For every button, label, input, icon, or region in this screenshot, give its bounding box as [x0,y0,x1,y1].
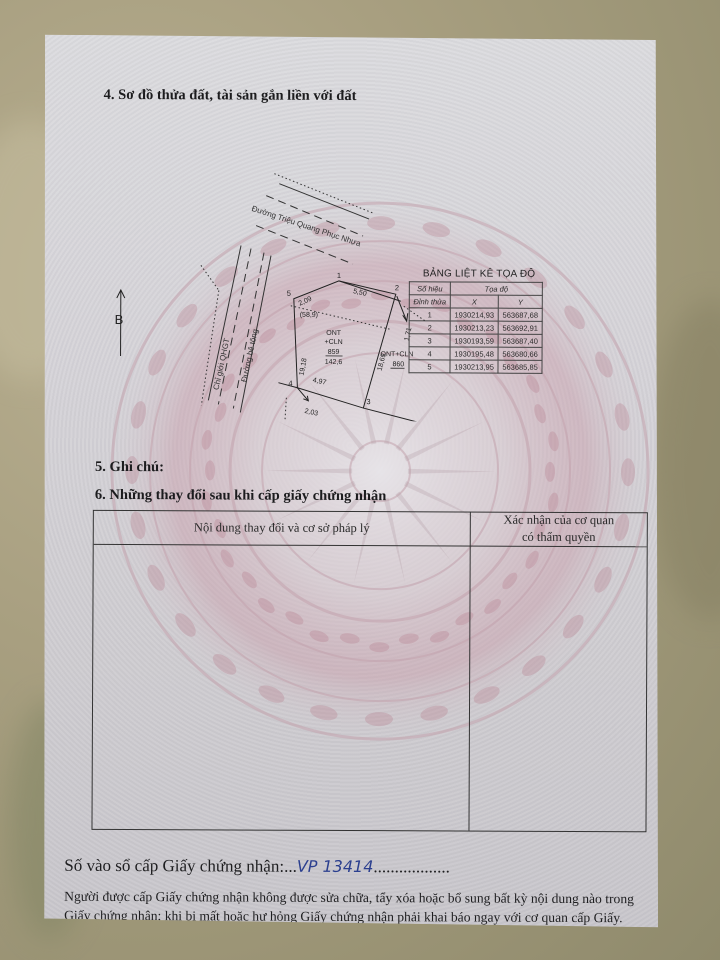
table-row: 2 1930213,23 563692,91 [409,321,542,335]
registry-label: Số vào sổ cấp Giấy chứng nhận: [64,856,284,876]
registry-number-line: Số vào sổ cấp Giấy chứng nhận:...VP 1341… [64,856,450,878]
vertex-4-label: 4 [288,379,292,388]
north-arrow: B [115,290,125,356]
concrete-road-label: Đường bê tông [240,328,260,383]
corridor-area-label: (58,9) [300,312,318,319]
cell-x: 1930193,59 [450,334,498,347]
certificate-page: 4. Sơ đồ thửa đất, tài sản gắn liền với … [38,35,662,928]
parcel-land-type: ONT [326,330,342,337]
edge-3-4-length: 4,97 [312,377,327,387]
header-x: X [450,295,498,308]
changes-col1-header: Nội dung thay đổi và cơ sở pháp lý [94,519,470,538]
land-parcel-sketch: B Đường Triệu Quang Phục Nhựa Chỉ giới Q… [100,160,431,421]
vertex-5-label: 5 [287,289,291,298]
table-row: 3 1930193,59 563687,40 [409,334,542,348]
table-row: 4 1930195,48 563680,66 [409,347,542,361]
header-point-2: Đỉnh thửa [409,295,450,308]
cell-x: 1930195,48 [450,347,498,360]
cell-x: 1930214,93 [450,308,498,321]
section-4-title: 4. Sơ đồ thửa đất, tài sản gắn liền với … [104,87,357,105]
cell-point: 4 [409,347,450,360]
vertex-1-label: 1 [337,271,341,280]
header-coord: Tọa độ [450,282,542,295]
section-6-title: 6. Những thay đổi sau khi cấp giấy chứng… [95,487,386,505]
dots: .................. [373,857,450,876]
parcel-area: 142,6 [325,359,343,366]
cell-y: 563685,85 [498,360,542,373]
cell-y: 563687,40 [498,334,542,347]
registry-number-handwritten: VP 13414 [297,857,374,876]
notice-text: Người được cấp Giấy chứng nhận không đượ… [64,887,634,927]
parcel-number: 859 [328,349,340,356]
changes-table: Nội dung thay đổi và cơ sở pháp lý Xác n… [91,510,647,832]
cell-point: 5 [409,360,450,373]
table-row: 5 1930213,95 563685,85 [409,360,542,374]
cell-point: 2 [409,321,450,334]
vertex-2-label: 2 [395,283,399,292]
cell-x: 1930213,95 [450,360,498,373]
column-divider [468,513,470,831]
table-row: 1 1930214,93 563687,68 [409,308,542,322]
notice-line-1: Người được cấp Giấy chứng nhận không đượ… [64,887,634,908]
changes-col2-header: Xác nhận của cơ quan có thẩm quyền [471,512,647,547]
edge-5-1-length: 2,09 [298,295,313,307]
vertex-3-label: 3 [366,397,370,406]
cell-point: 3 [409,334,450,347]
cell-point: 1 [409,308,450,321]
col2-header-line2: có thẩm quyền [471,529,647,547]
floor-texture [650,300,720,620]
header-point: Số hiệu [409,282,450,295]
header-y: Y [498,295,542,308]
coordinate-table: Số hiệu Tọa độ Đỉnh thửa X Y 1 1930214,9… [408,281,542,374]
offset-near-vertex-4: 2,03 [304,408,319,418]
edge-4-5-length: 19,18 [299,358,309,377]
cell-y: 563680,66 [498,347,542,360]
parcel-land-type-2: +CLN [325,339,343,346]
cell-y: 563692,91 [498,321,542,334]
col2-header-line1: Xác nhận của cơ quan [471,512,647,530]
cell-y: 563687,68 [498,308,542,321]
notice-line-2: Giấy chứng nhận; khi bị mất hoặc hư hỏng… [64,906,634,927]
coordinate-table-title: BẢNG LIỆT KÊ TỌA ĐỘ [423,268,535,279]
traffic-boundary-label: Chỉ giới QHGT [212,337,232,391]
section-5-title: 5. Ghi chú: [95,459,164,476]
north-label: B [115,312,124,327]
road-name-label: Đường Triệu Quang Phục Nhựa [251,204,363,248]
neighbor-east-parcel-number: 860 [392,361,404,368]
edge-1-2-length: 5,50 [352,288,367,298]
cell-x: 1930213,23 [450,321,498,334]
dots: ... [284,857,297,876]
